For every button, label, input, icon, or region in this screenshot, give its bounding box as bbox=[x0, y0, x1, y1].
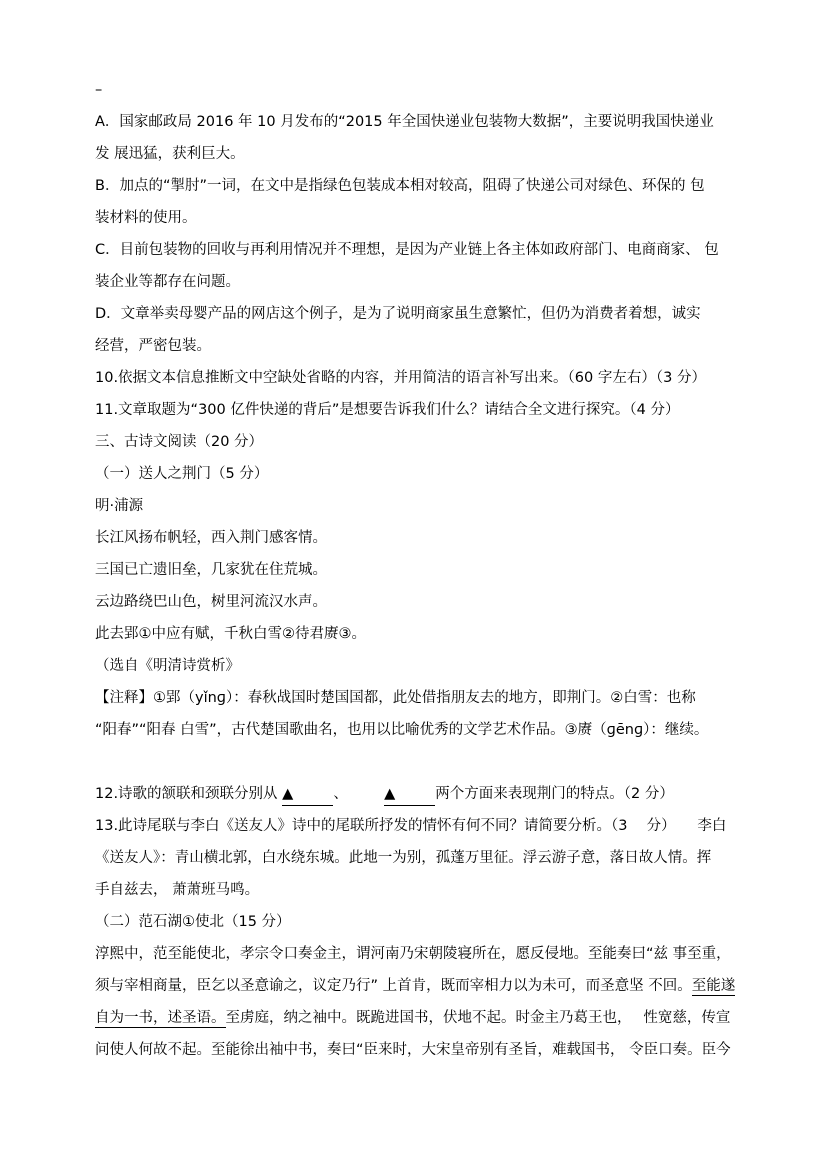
text-run: B．加点的“掣肘”一词，在文中是指绿色包装成本相对较高，阻碍了快递公司对绿色、环… bbox=[95, 178, 705, 194]
text-line: 云边路绕巴山色，树里河流汉水声。 bbox=[95, 586, 795, 618]
text-run: 至虏庭，纳之袖中。既跪进国书，伏地不起。时金主乃葛王也， 性宽慈，传宣 bbox=[226, 1010, 731, 1026]
text-run: 明·浦源 bbox=[95, 498, 143, 514]
text-run: 须与宰相商量，臣乞以圣意谕之，议定乃行” 上首肯，既而宰相力以为未可，而圣意坚 … bbox=[95, 978, 692, 994]
underlined-text: 自为一书，述圣语。 bbox=[95, 1010, 226, 1028]
text-line: 自为一书，述圣语。至虏庭，纳之袖中。既跪进国书，伏地不起。时金主乃葛王也， 性宽… bbox=[95, 1002, 795, 1034]
text-line: 12.诗歌的颔联和颈联分别从 ▲、 ▲两个方面来表现荆门的特点。（2 分） bbox=[95, 778, 795, 810]
text-line: 三国已亡遗旧垒，几家犹在住荒城。 bbox=[95, 554, 795, 586]
text-line: 经营，严密包装。 bbox=[95, 330, 795, 362]
text-line: 10.依据文本信息推断文中空缺处省略的内容，并用简洁的语言补写出来。（60 字左… bbox=[95, 362, 795, 394]
text-line: 装材料的使用。 bbox=[95, 202, 795, 234]
text-run: 长江风扬布帆轻，西入荆门感客情。 bbox=[95, 530, 327, 546]
text-run: 《送友人》：青山横北郭，白水绕东城。此地一为别，孤蓬万里征。浮云游子意，落日故人… bbox=[95, 850, 711, 866]
answer-blank: ▲ bbox=[282, 783, 333, 806]
text-line: 问使人何故不起。至能徐出袖中书，奏曰“臣来时，大宋皇帝别有圣旨，难载国书， 令臣… bbox=[95, 1034, 795, 1066]
text-run: 淳熙中，范至能使北，孝宗令口奏金主，谓河南乃宋朝陵寝所在，愿反侵地。至能奏曰“兹… bbox=[95, 946, 731, 962]
text-run: A．国家邮政局 2016 年 10 月发布的“2015 年全国快递业包装物大数据… bbox=[95, 114, 714, 130]
text-line: 11.文章取题为“300 亿件快递的背后”是想要告诉我们什么？请结合全文进行探究… bbox=[95, 394, 795, 426]
text-run: 发 展迅猛，获利巨大。 bbox=[95, 146, 245, 162]
text-line: A．国家邮政局 2016 年 10 月发布的“2015 年全国快递业包装物大数据… bbox=[95, 106, 795, 138]
text-line: 淳熙中，范至能使北，孝宗令口奏金主，谓河南乃宋朝陵寝所在，愿反侵地。至能奏曰“兹… bbox=[95, 938, 795, 970]
text-line: 明·浦源 bbox=[95, 490, 795, 522]
text-line: 《送友人》：青山横北郭，白水绕东城。此地一为别，孤蓬万里征。浮云游子意，落日故人… bbox=[95, 842, 795, 874]
text-line: 手自兹去， 萧萧班马鸣。 bbox=[95, 874, 795, 906]
text-run: 问使人何故不起。至能徐出袖中书，奏曰“臣来时，大宋皇帝别有圣旨，难载国书， 令臣… bbox=[95, 1042, 731, 1058]
text-line: （一）送人之荆门（5 分） bbox=[95, 458, 795, 490]
text-run: 三、古诗文阅读（20 分） bbox=[95, 434, 263, 450]
text-line: 装企业等都存在问题。 bbox=[95, 266, 795, 298]
text-line: 须与宰相商量，臣乞以圣意谕之，议定乃行” 上首肯，既而宰相力以为未可，而圣意坚 … bbox=[95, 970, 795, 1002]
blank-line bbox=[95, 746, 795, 778]
text-line: B．加点的“掣肘”一词，在文中是指绿色包装成本相对较高，阻碍了快递公司对绿色、环… bbox=[95, 170, 795, 202]
text-run: 装材料的使用。 bbox=[95, 210, 197, 226]
text-line: 发 展迅猛，获利巨大。 bbox=[95, 138, 795, 170]
text-run: “阳春”“阳春 白雪”，古代楚国歌曲名，也用以比喻优秀的文学艺术作品。③赓（ɡē… bbox=[95, 722, 708, 738]
text-run: 11.文章取题为“300 亿件快递的背后”是想要告诉我们什么？请结合全文进行探究… bbox=[95, 402, 679, 418]
text-line: 13.此诗尾联与李白《送友人》诗中的尾联所抒发的情怀有何不同？请简要分析。（3 … bbox=[95, 810, 795, 842]
text-line: 长江风扬布帆轻，西入荆门感客情。 bbox=[95, 522, 795, 554]
text-run: 此去郢①中应有赋，千秋白雪②待君赓③。 bbox=[95, 626, 366, 642]
text-run: 13.此诗尾联与李白《送友人》诗中的尾联所抒发的情怀有何不同？请简要分析。（3 … bbox=[95, 818, 726, 834]
text-line: “阳春”“阳春 白雪”，古代楚国歌曲名，也用以比喻优秀的文学艺术作品。③赓（ɡē… bbox=[95, 714, 795, 746]
exam-paper-page: –A．国家邮政局 2016 年 10 月发布的“2015 年全国快递业包装物大数… bbox=[0, 0, 827, 1169]
text-run: 云边路绕巴山色，树里河流汉水声。 bbox=[95, 594, 327, 610]
document-body: –A．国家邮政局 2016 年 10 月发布的“2015 年全国快递业包装物大数… bbox=[95, 74, 795, 1066]
text-run: 两个方面来表现荆门的特点。（2 分） bbox=[435, 786, 674, 802]
text-run: 10.依据文本信息推断文中空缺处省略的内容，并用简洁的语言补写出来。（60 字左… bbox=[95, 370, 706, 386]
text-run: 手自兹去， 萧萧班马鸣。 bbox=[95, 882, 259, 898]
underlined-text: 至能遂 bbox=[692, 978, 736, 996]
text-line: （选自《明清诗赏析》 bbox=[95, 650, 795, 682]
text-run: 【注释】①郢（yǐnɡ）：春秋战国时楚国国都，此处借指朋友去的地方，即荆门。②白… bbox=[95, 690, 696, 706]
text-run: D．文章举卖母婴产品的网店这个例子，是为了说明商家虽生意繁忙，但仍为消费者着想，… bbox=[95, 306, 701, 322]
text-line: D．文章举卖母婴产品的网店这个例子，是为了说明商家虽生意繁忙，但仍为消费者着想，… bbox=[95, 298, 795, 330]
text-run: （二）范石湖①使北（15 分） bbox=[95, 914, 291, 930]
text-run: 经营，严密包装。 bbox=[95, 338, 211, 354]
text-line: – bbox=[95, 74, 795, 106]
text-line: （二）范石湖①使北（15 分） bbox=[95, 906, 795, 938]
text-line: 此去郢①中应有赋，千秋白雪②待君赓③。 bbox=[95, 618, 795, 650]
text-line: 【注释】①郢（yǐnɡ）：春秋战国时楚国国都，此处借指朋友去的地方，即荆门。②白… bbox=[95, 682, 795, 714]
text-run: 、 bbox=[333, 786, 384, 802]
answer-blank: ▲ bbox=[384, 783, 435, 806]
text-run: （选自《明清诗赏析》 bbox=[95, 658, 240, 674]
text-line: 三、古诗文阅读（20 分） bbox=[95, 426, 795, 458]
text-run: （一）送人之荆门（5 分） bbox=[95, 466, 268, 482]
text-run: – bbox=[95, 82, 102, 98]
text-line: C．目前包装物的回收与再利用情况并不理想，是因为产业链上各主体如政府部门、电商商… bbox=[95, 234, 795, 266]
text-run: C．目前包装物的回收与再利用情况并不理想，是因为产业链上各主体如政府部门、电商商… bbox=[95, 242, 719, 258]
text-run: 12.诗歌的颔联和颈联分别从 bbox=[95, 786, 282, 802]
text-run: 装企业等都存在问题。 bbox=[95, 274, 240, 290]
text-run: 三国已亡遗旧垒，几家犹在住荒城。 bbox=[95, 562, 327, 578]
